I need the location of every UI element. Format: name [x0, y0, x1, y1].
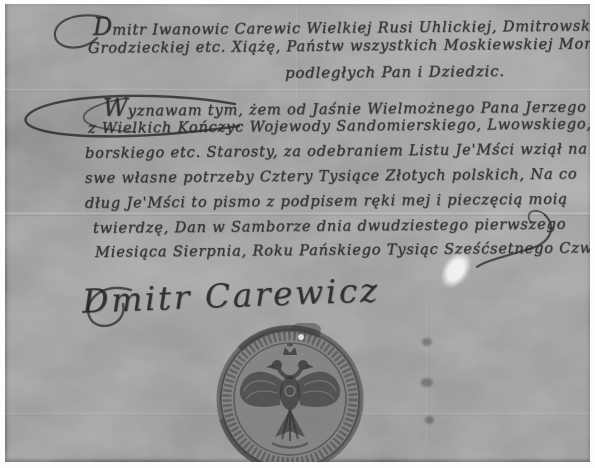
fold-crease-horizontal	[5, 212, 590, 216]
manuscript-line-9: twierdzę, Dan w Samborze dnia dwudzieste…	[93, 216, 566, 237]
scanned-document-photo: Dmitr Iwanowic Carewic Wielkiej Rusi Uhl…	[0, 0, 595, 468]
manuscript-line-6: borskiego etc. Starosty, za odebraniem L…	[85, 141, 588, 162]
manuscript-line-8: dług Je'Mści to pismo z podpisem ręki me…	[85, 191, 568, 212]
manuscript-line-3: podległych Pan i Dziedzic.	[285, 62, 505, 82]
wax-seal	[210, 323, 370, 462]
ink-smudge	[425, 416, 434, 424]
manuscript-line-2: Grodzieckiej etc. Xiążę, Państw wszystki…	[88, 35, 590, 57]
double-headed-eagle-seal-icon	[210, 323, 370, 462]
manuscript-line-10: Miesiąca Sierpnia, Roku Pańskiego Tysiąc…	[95, 239, 590, 261]
ink-smudge	[421, 378, 433, 387]
manuscript-line-5: z Wielkich Kończyc Wojewody Sandomierski…	[88, 115, 590, 137]
manuscript-line-7: swe własne potrzeby Cztery Tysiące Złoty…	[85, 166, 578, 187]
signature-dmitr-carewicz: Dmitr Carewicz	[81, 270, 380, 320]
paper: Dmitr Iwanowic Carewic Wielkiej Rusi Uhl…	[5, 4, 590, 462]
ink-smudge	[422, 338, 432, 346]
